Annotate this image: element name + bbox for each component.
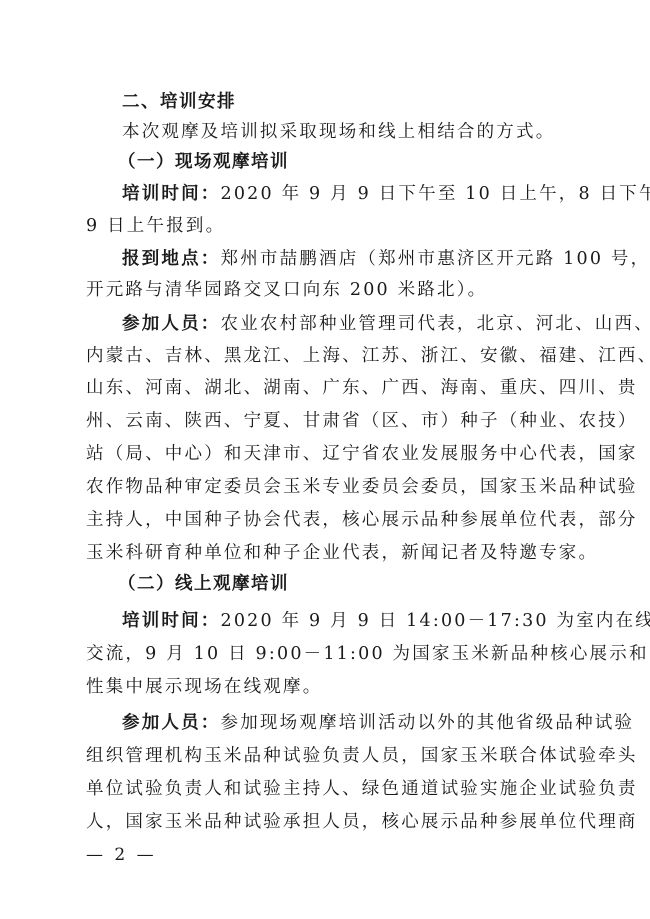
onsite-attendees-line-5: 站（局、中心）和天津市、辽宁省农业发展服务中心代表，国家	[86, 443, 568, 465]
section-heading: 二、培训安排	[122, 91, 568, 113]
online-time-text: 2020 年 9 月 9 日 14:00－17:30 为室内在线培训	[221, 611, 650, 631]
onsite-attendees-line-8: 玉米科研育种单位和种子企业代表，新闻记者及特邀专家。	[86, 542, 568, 564]
onsite-attendees-line-6: 农作物品种审定委员会玉米专业委员会委员，国家玉米品种试验	[86, 476, 568, 498]
onsite-heading: （一）现场观摩培训	[118, 151, 600, 173]
intro-paragraph: 本次观摩及培训拟采取现场和线上相结合的方式。	[122, 121, 568, 143]
onsite-place-line-1: 报到地点：郑州市喆鹏酒店（郑州市惠济区开元路 100 号，	[122, 248, 568, 270]
onsite-attendees-label: 参加人员：	[122, 314, 221, 334]
onsite-time-line-1: 培训时间：2020 年 9 月 9 日下午至 10 日上午，8 日下午至	[122, 183, 568, 205]
onsite-attendees-text: 农业农村部种业管理司代表，北京、河北、山西、	[221, 314, 650, 334]
onsite-place-text: 郑州市喆鹏酒店（郑州市惠济区开元路 100 号，	[221, 249, 650, 269]
onsite-attendees-line-4: 州、云南、陕西、宁夏、甘肃省（区、市）种子（种业、农技）	[86, 410, 568, 432]
online-time-line-3: 性集中展示现场在线观摩。	[86, 676, 568, 698]
online-attendees-text: 参加现场观摩培训活动以外的其他省级品种试验	[221, 713, 635, 733]
online-attendees-line-3: 单位试验负责人和试验主持人、绿色通道试验实施企业试验负责	[86, 778, 568, 800]
online-attendees-line-2: 组织管理机构玉米品种试验负责人员，国家玉米联合体试验牵头	[86, 745, 568, 767]
onsite-time-line-2: 9 日上午报到。	[86, 215, 568, 237]
online-attendees-label: 参加人员：	[122, 713, 221, 733]
onsite-attendees-line-3: 山东、河南、湖北、湖南、广东、广西、海南、重庆、四川、贵	[86, 377, 568, 399]
online-time-line-2: 交流，9 月 10 日 9:00－11:00 为国家玉米新品种核心展示和区域	[86, 643, 568, 665]
onsite-place-label: 报到地点：	[122, 249, 221, 269]
onsite-attendees-line-7: 主持人，中国种子协会代表，核心展示品种参展单位代表，部分	[86, 509, 568, 531]
onsite-time-text: 2020 年 9 月 9 日下午至 10 日上午，8 日下午至	[221, 184, 650, 204]
onsite-time-label: 培训时间：	[122, 184, 221, 204]
online-attendees-line-1: 参加人员：参加现场观摩培训活动以外的其他省级品种试验	[122, 712, 568, 734]
online-attendees-line-4: 人，国家玉米品种试验承担人员，核心展示品种参展单位代理商	[86, 811, 568, 833]
onsite-attendees-line-2: 内蒙古、吉林、黑龙江、上海、江苏、浙江、安徽、福建、江西、	[86, 345, 568, 367]
onsite-place-line-2: 开元路与清华园路交叉口向东 200 米路北）。	[86, 279, 568, 301]
online-heading: （二）线上观摩培训	[118, 573, 600, 595]
onsite-attendees-line-1: 参加人员：农业农村部种业管理司代表，北京、河北、山西、	[122, 313, 568, 335]
page-number: — 2 —	[86, 845, 157, 865]
document-page: 二、培训安排 本次观摩及培训拟采取现场和线上相结合的方式。 （一）现场观摩培训 …	[0, 0, 650, 919]
online-time-label: 培训时间：	[122, 611, 221, 631]
online-time-line-1: 培训时间：2020 年 9 月 9 日 14:00－17:30 为室内在线培训	[122, 610, 568, 632]
